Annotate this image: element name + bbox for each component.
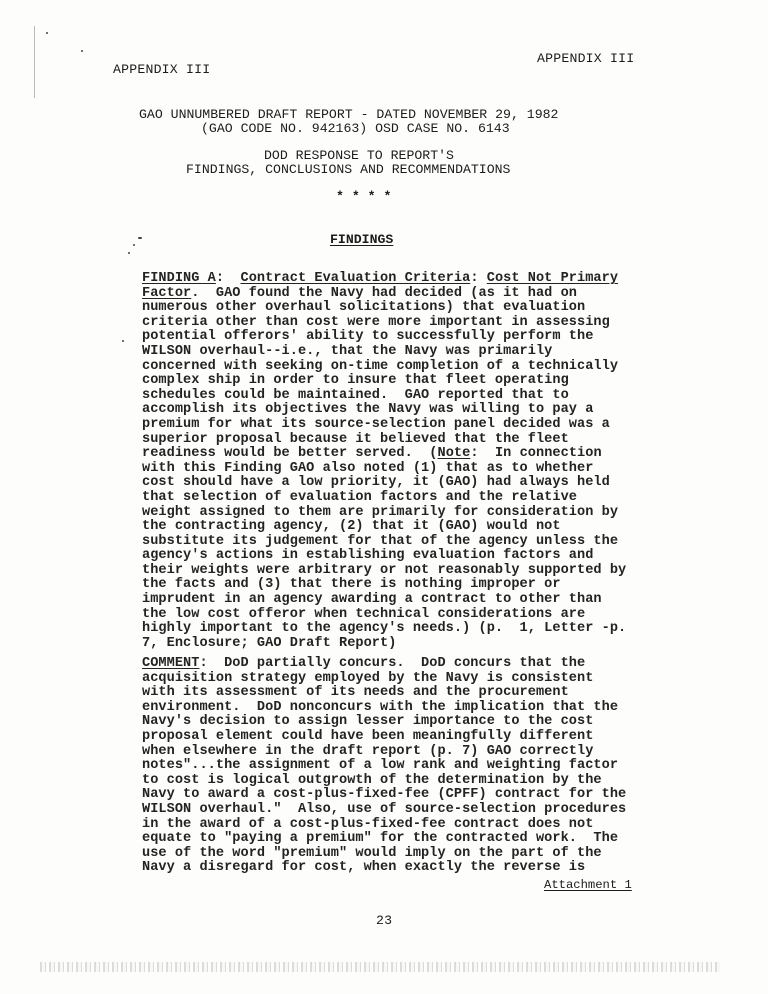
comment-paragraph: COMMENT: DoD partially concurs. DoD conc… xyxy=(142,657,662,876)
response-title-line1: DOD RESPONSE TO REPORT'S xyxy=(264,148,454,163)
attachment-label: Attachment 1 xyxy=(544,878,632,892)
finding-a-paragraph: FINDING A: Contract Evaluation Criteria:… xyxy=(142,272,662,651)
report-title-line1: GAO UNNUMBERED DRAFT REPORT - DATED NOVE… xyxy=(139,107,558,122)
report-title-line2: (GAO CODE NO. 942163) OSD CASE NO. 6143 xyxy=(201,121,510,136)
scan-speck xyxy=(81,50,83,52)
scan-speck xyxy=(138,237,142,239)
finding-a-subtopic: Cost Not Primary xyxy=(487,271,618,286)
finding-a-topic: Contract Evaluation Criteria xyxy=(241,271,471,286)
comment-label: COMMENT xyxy=(142,656,199,671)
page-number: 23 xyxy=(376,913,392,928)
response-title-line2: FINDINGS, CONCLUSIONS AND RECOMMENDATION… xyxy=(186,162,510,177)
scan-speck xyxy=(122,340,124,342)
scan-noise-band xyxy=(40,962,720,972)
appendix-label-left: APPENDIX III xyxy=(113,62,210,77)
section-heading-findings: FINDINGS xyxy=(330,232,393,247)
scan-speck xyxy=(46,32,48,34)
separator-stars: * * * * xyxy=(336,189,391,204)
finding-a-label: FINDING A xyxy=(142,271,216,286)
scan-margin-line xyxy=(34,26,35,98)
scan-speck xyxy=(128,252,130,254)
note-label: Note xyxy=(437,446,470,461)
appendix-label-right: APPENDIX III xyxy=(537,51,634,66)
scan-speck xyxy=(133,244,135,246)
